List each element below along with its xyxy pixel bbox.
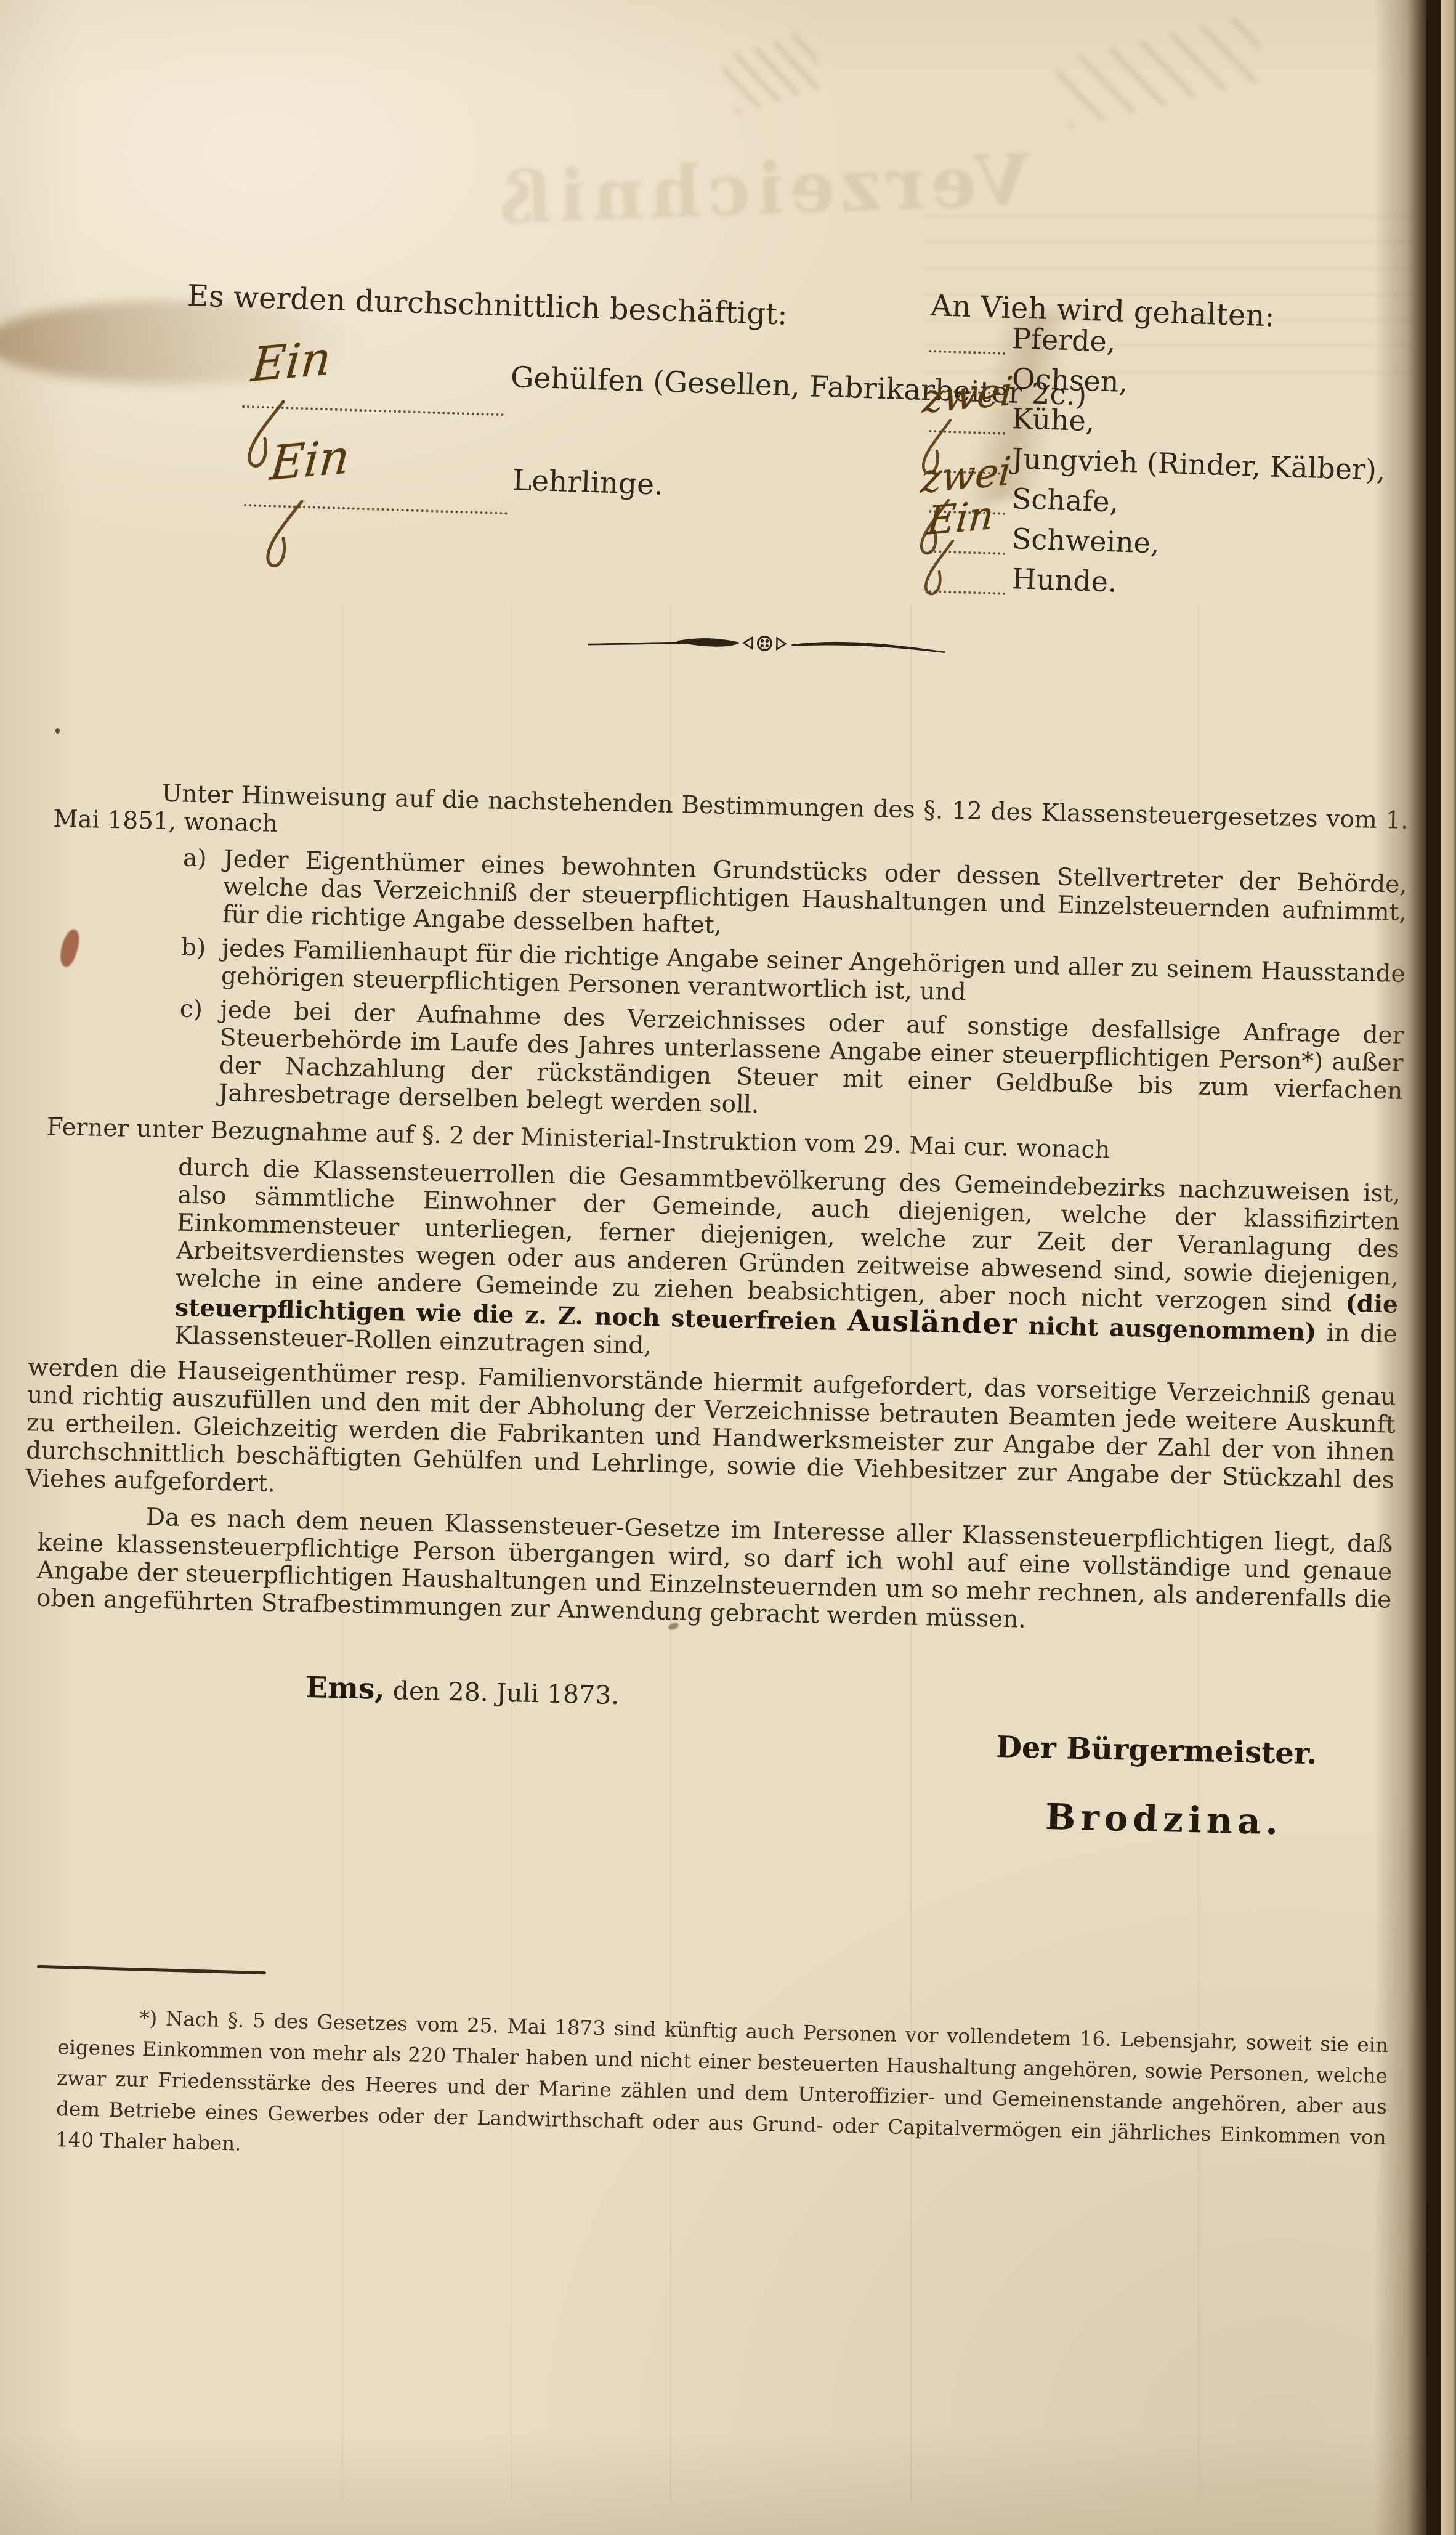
signature-name: Brodzina. bbox=[1045, 1796, 1284, 1843]
livestock-label: Schafe, bbox=[1011, 482, 1119, 518]
handwritten-count-schweine: Ein bbox=[925, 493, 996, 545]
footnote-rule bbox=[37, 1965, 266, 1974]
list-marker: a) bbox=[183, 845, 207, 873]
livestock-row: Hunde. bbox=[929, 558, 1117, 599]
block-text: durch die Klassensteuerrollen die Gesamm… bbox=[176, 1154, 1401, 1318]
livestock-label: Hunde. bbox=[1011, 562, 1117, 598]
fill-in-line bbox=[929, 558, 1006, 595]
werden-paragraph: werden die Hauseigenthümer resp. Familie… bbox=[25, 1353, 1396, 1522]
employment-row-label: Lehrlinge. bbox=[512, 463, 664, 502]
book-gutter-edge bbox=[1426, 0, 1441, 2535]
livestock-label: Pferde, bbox=[1011, 322, 1116, 358]
underlying-page-edge bbox=[1441, 0, 1456, 2535]
list-marker: c) bbox=[179, 996, 203, 1024]
fill-in-line bbox=[929, 318, 1006, 355]
list-marker: b) bbox=[181, 934, 206, 962]
section-divider-ornament-icon bbox=[584, 626, 948, 666]
dateline-date: den 28. Juli 1873. bbox=[384, 1676, 620, 1710]
handwritten-count-gehuelfen: Ein bbox=[249, 330, 333, 392]
livestock-row: Pferde, bbox=[929, 318, 1116, 358]
dateline: Ems, den 28. Juli 1873. bbox=[305, 1671, 620, 1711]
handwritten-count-kuehe: zwei bbox=[921, 368, 1015, 423]
handwritten-count-lehrlinge: Ein bbox=[268, 429, 352, 491]
indented-block-paragraph: durch die Klassensteuerrollen die Gesamm… bbox=[174, 1154, 1401, 1376]
document-page-scan: Verzeichniß Es werden durchschnittlich b… bbox=[0, 0, 1456, 2535]
livestock-label: Schweine, bbox=[1011, 522, 1160, 560]
list-item-c: c) jede bei der Aufnahme des Verzeichnis… bbox=[177, 996, 1404, 1133]
block-bold-text: nicht ausgenommen) bbox=[1017, 1312, 1317, 1347]
livestock-label: Kühe, bbox=[1011, 402, 1095, 437]
list-item-text: Jeder Eigenthümer eines bewohnten Grunds… bbox=[222, 845, 1407, 939]
bleedthrough-handwriting-mark bbox=[720, 30, 826, 115]
list-item-text: jede bei der Aufnahme des Verzeichnisses… bbox=[218, 996, 1404, 1119]
ink-speck bbox=[55, 728, 60, 734]
dateline-place: Ems, bbox=[305, 1671, 386, 1706]
legal-list: a) Jeder Eigenthümer eines bewohnten Gru… bbox=[47, 842, 1407, 1133]
block-bold-large-text: Ausländer bbox=[847, 1304, 1017, 1341]
footnote-text: *) Nach §. 5 des Gesetzes vom 25. Mai 18… bbox=[55, 2001, 1389, 2184]
livestock-label: Ochsen, bbox=[1011, 362, 1128, 399]
handwriting-flourish-icon bbox=[259, 500, 314, 574]
body-text: Unter Hinweisung auf die nachstehenden B… bbox=[36, 777, 1409, 1642]
signature-title: Der Bürgermeister. bbox=[996, 1730, 1317, 1771]
page-curl-shadow bbox=[1373, 0, 1428, 2535]
bleedthrough-handwriting-mark bbox=[1054, 14, 1268, 129]
da-paragraph: Da es nach dem neuen Klassensteuer-Geset… bbox=[36, 1501, 1393, 1642]
